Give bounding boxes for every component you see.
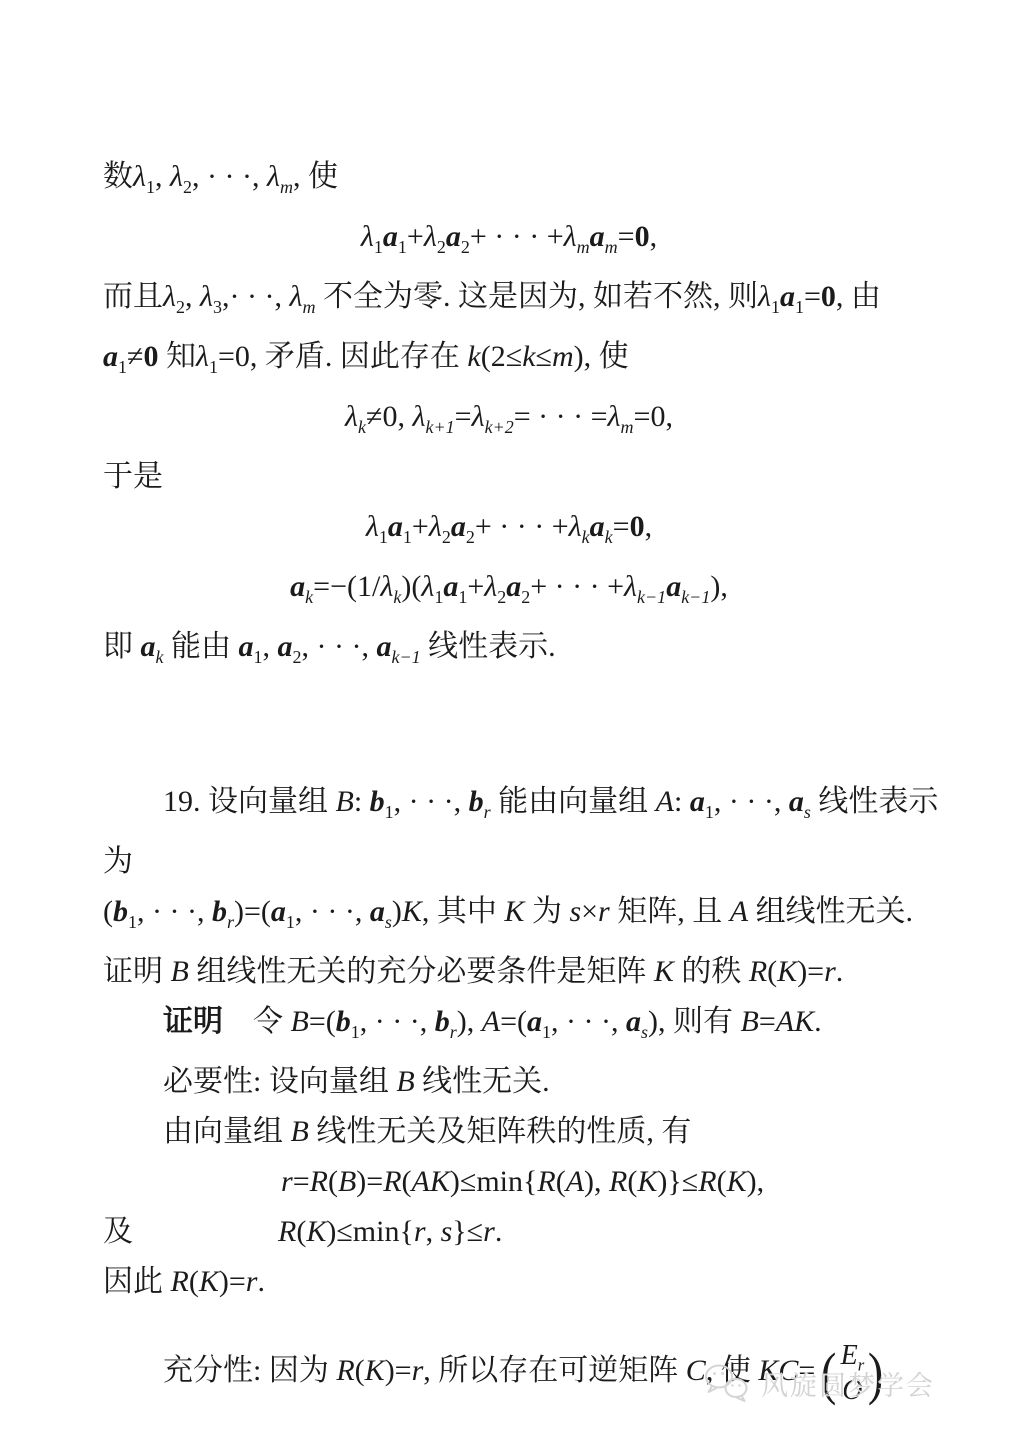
text-segment: s bbox=[569, 895, 581, 928]
text-segment: = bbox=[804, 280, 821, 313]
text-segment: }≤ bbox=[452, 1215, 483, 1248]
text-segment: b bbox=[113, 895, 128, 928]
text-segment: + · · · + bbox=[530, 570, 624, 603]
text-segment: λ bbox=[289, 280, 302, 313]
text-segment: k−1 bbox=[681, 587, 710, 607]
text-segment: a bbox=[780, 280, 795, 313]
text-segment: R bbox=[310, 1165, 328, 1198]
text-segment: A bbox=[482, 1005, 500, 1038]
text-segment: 0 bbox=[143, 340, 158, 373]
text-segment: ( bbox=[328, 1165, 338, 1198]
text-segment: a bbox=[666, 570, 681, 603]
text-segment: λ bbox=[196, 340, 209, 373]
text-segment: 线性表示. bbox=[421, 630, 556, 663]
text-segment: K bbox=[306, 1215, 326, 1248]
formula-lambda-sum-k: λ1a1+λ2a2+ · · · +λkak=0, bbox=[103, 502, 915, 562]
text-segment: 充分性: 因为 bbox=[163, 1354, 336, 1387]
text-segment: 的秩 bbox=[674, 955, 749, 988]
text-segment: 线性表示 bbox=[811, 785, 939, 818]
text-segment: a bbox=[590, 510, 605, 543]
text-segment: a bbox=[103, 340, 118, 373]
text-segment: 2 bbox=[461, 237, 470, 257]
text-segment: 因此 bbox=[103, 1265, 171, 1298]
text-segment: )= bbox=[219, 1265, 246, 1298]
text-segment: + bbox=[412, 510, 429, 543]
text-segment: r bbox=[412, 1354, 424, 1387]
text-segment: 1 bbox=[434, 587, 443, 607]
formula-lambda-sum-m: λ1a1+λ2a2+ · · · +λmam=0, bbox=[103, 212, 915, 272]
text-segment: λ bbox=[624, 570, 637, 603]
text-segment: × bbox=[581, 895, 598, 928]
text-segment: ), bbox=[710, 570, 728, 603]
text-segment: : bbox=[354, 785, 370, 818]
text-segment: ,· · ·, bbox=[222, 280, 289, 313]
text-segment: )= bbox=[797, 955, 824, 988]
text-segment: 2 bbox=[183, 177, 192, 197]
text-segment: 为 bbox=[524, 895, 569, 928]
text-segment: ( bbox=[556, 1165, 566, 1198]
text-segment: k bbox=[467, 340, 480, 373]
text-segment: ), bbox=[747, 1165, 765, 1198]
text-segment: , bbox=[185, 280, 200, 313]
text-segment: 1 bbox=[403, 527, 412, 547]
document-page: 数λ1, λ2, · · ·, λm, 使λ1a1+λ2a2+ · · · +λ… bbox=[0, 0, 1011, 1431]
text-segment: r bbox=[598, 895, 610, 928]
text-segment: , · · ·, bbox=[295, 895, 370, 928]
text-segment: , 其中 bbox=[422, 895, 505, 928]
text-segment: a bbox=[506, 570, 521, 603]
text-segment: 组线性无关的充分必要条件是矩阵 bbox=[189, 955, 654, 988]
text-segment: =( bbox=[309, 1005, 336, 1038]
text-segment: K bbox=[637, 1165, 657, 1198]
text-segment: , bbox=[650, 220, 658, 253]
text-segment: λ bbox=[564, 220, 577, 253]
text-segment: B bbox=[338, 1165, 356, 1198]
line-matrix-relation: (b1, · · ·, br)=(a1, · · ·, as)K, 其中 K 为… bbox=[103, 887, 915, 947]
text-segment: k−1 bbox=[637, 587, 666, 607]
text-segment: a bbox=[278, 630, 293, 663]
line-thus: 于是 bbox=[103, 452, 915, 502]
text-segment: + bbox=[467, 570, 484, 603]
text-segment: λ bbox=[163, 280, 176, 313]
text-segment: a bbox=[451, 510, 466, 543]
text-segment: R bbox=[698, 1165, 716, 1198]
text-segment: 而且 bbox=[103, 280, 163, 313]
text-segment: K bbox=[402, 895, 422, 928]
text-segment: 2 bbox=[437, 237, 446, 257]
text-segment: ( bbox=[402, 1165, 412, 1198]
wechat-icon bbox=[703, 1362, 751, 1404]
text-segment: A bbox=[566, 1165, 584, 1198]
text-segment: b bbox=[212, 895, 227, 928]
text-segment: k bbox=[358, 417, 366, 437]
text-segment: k bbox=[156, 647, 164, 667]
text-segment: s bbox=[385, 912, 392, 932]
text-segment: , bbox=[645, 510, 653, 543]
text-segment: 2 bbox=[176, 297, 185, 317]
text-segment: ( bbox=[189, 1265, 199, 1298]
text-segment: b bbox=[435, 1005, 450, 1038]
text-segment: a bbox=[388, 510, 403, 543]
text-segment: , · · ·, bbox=[714, 785, 789, 818]
text-segment: λ bbox=[133, 160, 146, 193]
text-segment: 3 bbox=[213, 297, 222, 317]
text-segment: r bbox=[484, 802, 491, 822]
text-segment: ( bbox=[627, 1165, 637, 1198]
text-segment: K bbox=[777, 955, 797, 988]
text-segment: a bbox=[290, 570, 305, 603]
text-segment: =0, 矛盾. 因此存在 bbox=[218, 340, 467, 373]
text-segment: 2 bbox=[466, 527, 475, 547]
text-segment: B bbox=[396, 1065, 414, 1098]
text-segment: , bbox=[155, 160, 170, 193]
text-segment: b bbox=[469, 785, 484, 818]
text-segment: 知 bbox=[158, 340, 196, 373]
text-segment: m bbox=[552, 340, 574, 373]
text-segment: , · · ·, bbox=[137, 895, 212, 928]
text-segment: 1 bbox=[385, 802, 394, 822]
text-segment: 于是 bbox=[103, 460, 163, 493]
text-segment: a bbox=[626, 1005, 641, 1038]
text-segment: , 由 bbox=[836, 280, 881, 313]
text-segment: )= bbox=[356, 1165, 383, 1198]
text-segment: . bbox=[814, 1005, 822, 1038]
text-segment: + · · · + bbox=[475, 510, 569, 543]
text-segment: ≠0, bbox=[366, 400, 412, 433]
text-segment: ), bbox=[584, 1165, 609, 1198]
text-segment: λ bbox=[429, 510, 442, 543]
formula-lambda-k: λk≠0, λk+1=λk+2= · · · =λm=0, bbox=[103, 392, 915, 452]
text-segment: = bbox=[759, 1005, 776, 1038]
text-segment: K bbox=[504, 895, 524, 928]
text-segment: λ bbox=[366, 510, 379, 543]
text-segment: AK bbox=[776, 1005, 814, 1038]
text-segment: λ bbox=[380, 570, 393, 603]
text-segment: A bbox=[730, 895, 748, 928]
text-segment: 线性无关及矩阵秩的性质, 有 bbox=[309, 1115, 692, 1148]
line-wei: 为 bbox=[103, 837, 915, 887]
text-segment: s bbox=[441, 1215, 453, 1248]
text-segment: . bbox=[836, 955, 844, 988]
text-segment: )= bbox=[385, 1354, 412, 1387]
text-segment: a bbox=[690, 785, 705, 818]
text-segment: ), bbox=[457, 1005, 482, 1038]
line-cont-lambda-intro: 数λ1, λ2, · · ·, λm, 使 bbox=[103, 152, 915, 212]
text-segment: 0 bbox=[635, 220, 650, 253]
text-segment: 及 bbox=[103, 1215, 133, 1248]
text-segment: b bbox=[336, 1005, 351, 1038]
text-segment: ( bbox=[717, 1165, 727, 1198]
text-segment: 2 bbox=[521, 587, 530, 607]
text-segment: 即 bbox=[103, 630, 141, 663]
line-necessity: 必要性: 设向量组 B 线性无关. bbox=[103, 1057, 915, 1107]
text-segment: A bbox=[656, 785, 674, 818]
text-segment: λ bbox=[345, 400, 358, 433]
line-contradiction: a1≠0 知λ1=0, 矛盾. 因此存在 k(2≤k≤m), 使 bbox=[103, 332, 915, 392]
text-segment: λ bbox=[484, 570, 497, 603]
text-segment: r bbox=[824, 955, 836, 988]
spacer bbox=[133, 1240, 278, 1241]
text-segment: k+1 bbox=[426, 417, 455, 437]
text-segment: )≤min{ bbox=[326, 1215, 414, 1248]
text-segment: = bbox=[618, 220, 635, 253]
text-segment: , bbox=[263, 630, 278, 663]
text-segment: m bbox=[577, 237, 590, 257]
text-segment: a bbox=[383, 220, 398, 253]
text-segment: a bbox=[271, 895, 286, 928]
formula-rank-bound: 及R(K)≤min{r, s}≤r. bbox=[103, 1207, 915, 1257]
line-ak-conclusion: 即 ak 能由 a1, a2, · · ·, ak−1 线性表示. bbox=[103, 622, 915, 682]
text-segment: 2 bbox=[442, 527, 451, 547]
text-segment: λ bbox=[472, 400, 485, 433]
text-segment: )( bbox=[401, 570, 421, 603]
text-segment: 由向量组 bbox=[163, 1115, 291, 1148]
text-segment: r bbox=[246, 1265, 258, 1298]
text-segment: . bbox=[257, 1265, 265, 1298]
text-segment: =0, bbox=[634, 400, 673, 433]
text-segment: k bbox=[605, 527, 613, 547]
text-segment: k bbox=[305, 587, 313, 607]
text-segment: , · · ·, bbox=[192, 160, 267, 193]
text-segment: 证明 bbox=[163, 1005, 223, 1038]
text-segment: 为 bbox=[103, 845, 133, 878]
text-segment: 1 bbox=[118, 357, 127, 377]
text-segment: = bbox=[455, 400, 472, 433]
text-segment: =( bbox=[500, 1005, 527, 1038]
text-segment: ( bbox=[767, 955, 777, 988]
text-segment: )}≤ bbox=[657, 1165, 698, 1198]
text-segment: 19. 设向量组 bbox=[163, 785, 336, 818]
text-segment: r bbox=[281, 1165, 293, 1198]
text-segment: 1 bbox=[286, 912, 295, 932]
text-segment: r bbox=[483, 1215, 495, 1248]
text-segment: m bbox=[302, 297, 315, 317]
formula-ak-expression: ak=−(1/λk)(λ1a1+λ2a2+ · · · +λk−1ak−1), bbox=[103, 562, 915, 622]
text-segment: = bbox=[293, 1165, 310, 1198]
text-segment: K bbox=[727, 1165, 747, 1198]
text-segment: 1 bbox=[379, 527, 388, 547]
text-segment: 1 bbox=[374, 237, 383, 257]
text-segment: λ bbox=[758, 280, 771, 313]
text-segment: λ bbox=[421, 570, 434, 603]
text-segment: b bbox=[370, 785, 385, 818]
text-segment: 必要性: 设向量组 bbox=[163, 1065, 396, 1098]
text-segment: 能由向量组 bbox=[491, 785, 656, 818]
text-segment: 能由 bbox=[164, 630, 239, 663]
text-segment: 1 bbox=[795, 297, 804, 317]
text-segment: ( bbox=[355, 1354, 365, 1387]
text-segment: 1 bbox=[705, 802, 714, 822]
text-segment: 证明 bbox=[103, 955, 171, 988]
text-segment: + · · · + bbox=[470, 220, 564, 253]
text-segment: 矩阵, 且 bbox=[610, 895, 730, 928]
text-segment: k−1 bbox=[391, 647, 420, 667]
text-segment: R bbox=[278, 1215, 296, 1248]
text-segment: , · · ·, bbox=[360, 1005, 435, 1038]
text-segment: 线性无关. bbox=[415, 1065, 550, 1098]
text-segment: a bbox=[443, 570, 458, 603]
text-segment: k+2 bbox=[485, 417, 514, 437]
text-segment: = bbox=[613, 510, 630, 543]
text-segment: s bbox=[804, 802, 811, 822]
text-segment: k bbox=[522, 340, 535, 373]
text-segment: a bbox=[376, 630, 391, 663]
line-therefore: 因此 R(K)=r. bbox=[103, 1257, 915, 1307]
text-segment: λ bbox=[267, 160, 280, 193]
line-proof-setup: 证明 令 B=(b1, · · ·, br), A=(a1, · · ·, as… bbox=[103, 997, 915, 1057]
text-segment: 1 bbox=[458, 587, 467, 607]
text-segment: 1 bbox=[542, 1022, 551, 1042]
text-segment: )≤min{ bbox=[450, 1165, 538, 1198]
text-segment: k bbox=[582, 527, 590, 547]
text-segment: a bbox=[527, 1005, 542, 1038]
text-segment: , bbox=[426, 1215, 441, 1248]
text-segment: ), 则有 bbox=[648, 1005, 741, 1038]
text-segment: R bbox=[749, 955, 767, 988]
text-segment: λ bbox=[413, 400, 426, 433]
text-segment: λ bbox=[170, 160, 183, 193]
text-segment: R bbox=[609, 1165, 627, 1198]
text-segment: (2≤ bbox=[481, 340, 522, 373]
text-segment: 2 bbox=[293, 647, 302, 667]
text-segment: 0 bbox=[630, 510, 645, 543]
line-problem-19: 19. 设向量组 B: b1, · · ·, br 能由向量组 A: a1, ·… bbox=[103, 777, 915, 837]
text-segment: 1 bbox=[146, 177, 155, 197]
text-segment: K bbox=[199, 1265, 219, 1298]
text-segment: K bbox=[654, 955, 674, 988]
text-segment: ≤ bbox=[536, 340, 552, 373]
text-segment: B bbox=[336, 785, 354, 818]
text-segment: 数 bbox=[103, 160, 133, 193]
text-segment: r bbox=[227, 912, 234, 932]
text-segment: m bbox=[605, 237, 618, 257]
text-segment: =−(1/ bbox=[313, 570, 380, 603]
text-segment: 1 bbox=[254, 647, 263, 667]
text-segment: , 所以存在可逆矩阵 bbox=[423, 1354, 686, 1387]
text-segment: λ bbox=[608, 400, 621, 433]
text-segment: R bbox=[336, 1354, 354, 1387]
text-segment: : bbox=[674, 785, 690, 818]
text-segment: 1 bbox=[209, 357, 218, 377]
text-segment: B bbox=[171, 955, 189, 988]
text-segment: B bbox=[741, 1005, 759, 1038]
text-segment: 1 bbox=[351, 1022, 360, 1042]
text-segment: 1 bbox=[128, 912, 137, 932]
text-segment: . bbox=[495, 1215, 503, 1248]
text-segment: a bbox=[239, 630, 254, 663]
text-segment: 1 bbox=[771, 297, 780, 317]
text-segment: λ bbox=[424, 220, 437, 253]
text-segment: λ bbox=[361, 220, 374, 253]
text-segment: + bbox=[407, 220, 424, 253]
text-segment: R bbox=[537, 1165, 555, 1198]
text-segment: B bbox=[291, 1005, 309, 1038]
formula-rank-chain: r=R(B)=R(AK)≤min{R(A), R(K)}≤R(K), bbox=[103, 1157, 915, 1207]
text-segment: ) bbox=[392, 895, 402, 928]
text-segment: )=( bbox=[234, 895, 271, 928]
text-segment: 2 bbox=[497, 587, 506, 607]
text-segment: a bbox=[789, 785, 804, 818]
text-segment: a bbox=[590, 220, 605, 253]
text-segment: K bbox=[365, 1354, 385, 1387]
text-segment: ( bbox=[103, 895, 113, 928]
text-segment: 1 bbox=[398, 237, 407, 257]
text-segment: λ bbox=[200, 280, 213, 313]
watermark-brand-text: 风旋圆梦学会 bbox=[761, 1364, 935, 1403]
line-not-all-zero: 而且λ2, λ3,· · ·, λm 不全为零. 这是因为, 如若不然, 则λ1… bbox=[103, 272, 915, 332]
text-segment: ≠ bbox=[127, 340, 143, 373]
text-segment: m bbox=[621, 417, 634, 437]
text-segment: , · · ·, bbox=[551, 1005, 626, 1038]
line-prove-statement: 证明 B 组线性无关的充分必要条件是矩阵 K 的秩 R(K)=r. bbox=[103, 947, 915, 997]
text-segment: = · · · = bbox=[514, 400, 608, 433]
text-segment: a bbox=[370, 895, 385, 928]
text-segment: 令 bbox=[223, 1005, 291, 1038]
text-segment: r bbox=[414, 1215, 426, 1248]
text-segment: R bbox=[383, 1165, 401, 1198]
document-body: 数λ1, λ2, · · ·, λm, 使λ1a1+λ2a2+ · · · +λ… bbox=[0, 0, 1011, 1421]
text-segment: B bbox=[291, 1115, 309, 1148]
text-segment: m bbox=[280, 177, 293, 197]
text-segment: AK bbox=[412, 1165, 450, 1198]
text-segment: 组线性无关. bbox=[748, 895, 913, 928]
text-segment: 0 bbox=[821, 280, 836, 313]
text-segment: R bbox=[171, 1265, 189, 1298]
text-segment: , 使 bbox=[293, 160, 338, 193]
text-segment: , · · ·, bbox=[394, 785, 469, 818]
text-segment: a bbox=[141, 630, 156, 663]
line-by-rank-property: 由向量组 B 线性无关及矩阵秩的性质, 有 bbox=[103, 1107, 915, 1157]
watermark-footer: 风旋圆梦学会 bbox=[703, 1362, 935, 1404]
text-segment: a bbox=[446, 220, 461, 253]
text-segment: , · · ·, bbox=[302, 630, 377, 663]
text-segment: λ bbox=[569, 510, 582, 543]
text-segment: ), 使 bbox=[574, 340, 629, 373]
text-segment: 不全为零. 这是因为, 如若不然, 则 bbox=[315, 280, 758, 313]
text-segment: r bbox=[450, 1022, 457, 1042]
text-segment: s bbox=[641, 1022, 648, 1042]
text-segment: ( bbox=[296, 1215, 306, 1248]
